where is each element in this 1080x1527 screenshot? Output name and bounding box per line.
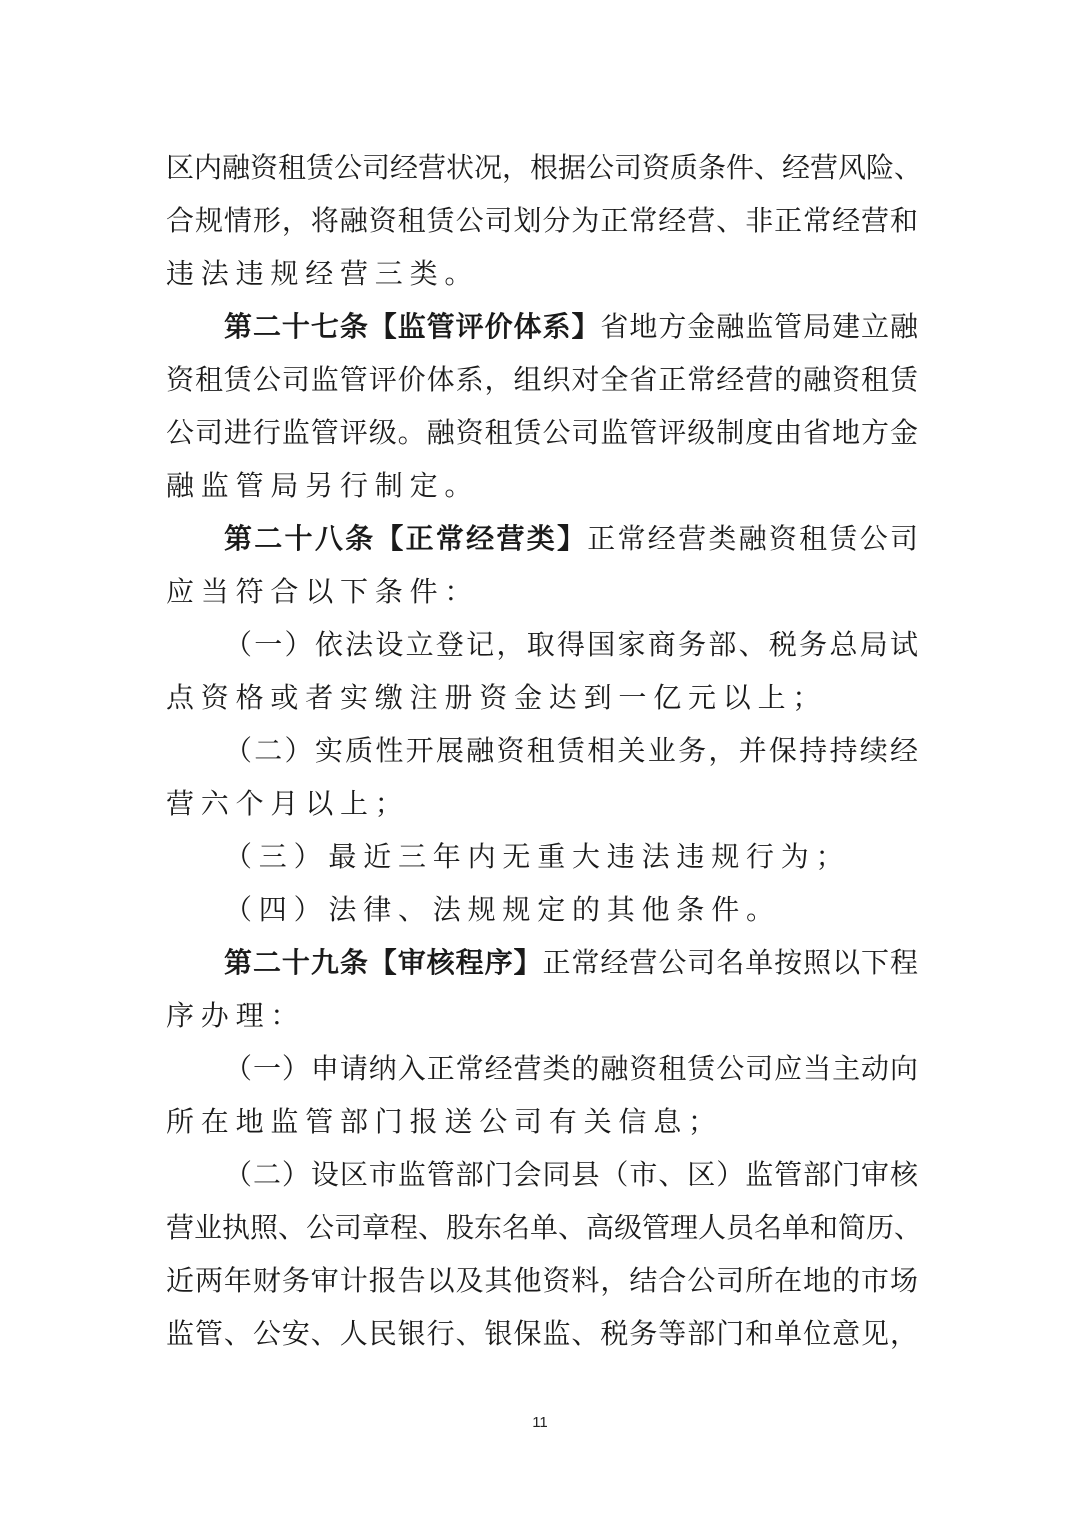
list-item-line: （二）实质性开展融资租赁相关业务，并保持持续经	[224, 731, 918, 771]
body-line: 监管、公安、人民银行、银保监、税务等部门和单位意见，	[166, 1314, 918, 1354]
article-27-text: 省地方金融监管局建立融	[600, 310, 918, 343]
list-item-line: （四）法律、法规规定的其他条件。	[224, 890, 918, 930]
article-28-heading-line: 第二十八条【正常经营类】正常经营类融资租赁公司	[224, 519, 918, 559]
article-29-title: 第二十九条【审核程序】	[224, 946, 543, 979]
body-line: 序办理：	[166, 996, 918, 1036]
body-line: 融监管局另行制定。	[166, 466, 918, 506]
list-item-line: （一）申请纳入正常经营类的融资租赁公司应当主动向	[224, 1049, 918, 1089]
list-item-line: （三）最近三年内无重大违法违规行为；	[224, 837, 918, 877]
body-line: 点资格或者实缴注册资金达到一亿元以上；	[166, 678, 918, 718]
document-page: 区内融资租赁公司经营状况，根据公司资质条件、经营风险、 合规情形，将融资租赁公司…	[0, 0, 1080, 1527]
body-line: 违法违规经营三类。	[166, 254, 918, 294]
body-line: 营六个月以上；	[166, 784, 918, 824]
article-29-heading-line: 第二十九条【审核程序】正常经营公司名单按照以下程	[224, 943, 918, 983]
body-line: 营业执照、公司章程、股东名单、高级管理人员名单和简历、	[166, 1208, 918, 1248]
body-line: 区内融资租赁公司经营状况，根据公司资质条件、经营风险、	[166, 148, 918, 188]
list-item-line: （二）设区市监管部门会同县（市、区）监管部门审核	[224, 1155, 918, 1195]
body-line: 公司进行监管评级。融资租赁公司监管评级制度由省地方金	[166, 413, 918, 453]
body-line: 近两年财务审计报告以及其他资料，结合公司所在地的市场	[166, 1261, 918, 1301]
article-27-heading-line: 第二十七条【监管评价体系】省地方金融监管局建立融	[224, 307, 918, 347]
article-28-title: 第二十八条【正常经营类】	[224, 522, 587, 555]
article-29-text: 正常经营公司名单按照以下程	[543, 946, 918, 979]
body-line: 合规情形，将融资租赁公司划分为正常经营、非正常经营和	[166, 201, 918, 241]
body-line: 所在地监管部门报送公司有关信息；	[166, 1102, 918, 1142]
article-28-text: 正常经营类融资租赁公司	[587, 522, 918, 555]
article-27-title: 第二十七条【监管评价体系】	[224, 310, 600, 343]
body-line: 应当符合以下条件：	[166, 572, 918, 612]
body-line: 资租赁公司监管评价体系，组织对全省正常经营的融资租赁	[166, 360, 918, 400]
page-number: 11	[0, 1414, 1080, 1431]
list-item-line: （一）依法设立登记，取得国家商务部、税务总局试	[224, 625, 918, 665]
